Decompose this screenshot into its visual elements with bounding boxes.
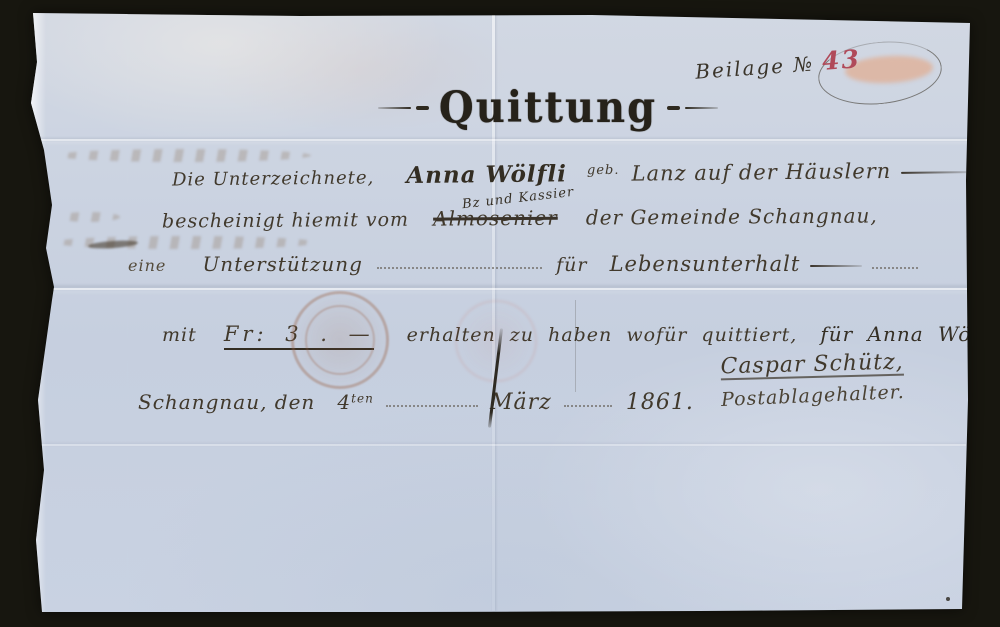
line3-item: Unterstützung <box>202 252 363 276</box>
flourish-line <box>810 265 862 268</box>
day-number: 4 <box>337 390 351 414</box>
torn-edge-highlight <box>31 12 46 615</box>
dotted-rule <box>377 263 542 269</box>
body-line-4: mit Fr: 3 . — erhalten zu haben wofür qu… <box>162 322 1000 350</box>
line4-lead: mit <box>162 324 197 346</box>
line2-lead: bescheinigt hiemit vom <box>162 209 409 233</box>
title-dash-left <box>378 106 429 110</box>
place-and-date: Schangnau, den <box>138 390 315 414</box>
line3-purpose: Lebensunterhalt <box>610 252 801 276</box>
line2-tail: der Gemeinde Schangnau, <box>586 204 878 230</box>
fold-crease-middle <box>36 288 970 290</box>
fold-crease-top <box>34 139 968 141</box>
receipt-paper-wrap: Beilage №43 Quittung Die Unterzeichnete,… <box>0 0 1000 627</box>
title-dash-right <box>667 106 718 110</box>
bleed-mark-row-2 <box>58 212 120 222</box>
dark-fleck <box>946 597 950 601</box>
line1-intro: Die Unterzeichnete, <box>172 167 374 190</box>
postal-stamp <box>291 291 389 389</box>
line1-geb: geb. <box>587 163 620 178</box>
dotted-rule <box>872 263 918 269</box>
month-name: März <box>490 390 552 415</box>
body-line-3: eine Unterstützung für Lebensunterhalt <box>128 252 918 276</box>
day-suffix: ten <box>351 392 374 406</box>
dotted-rule <box>386 401 478 407</box>
beilage-label: Beilage № <box>694 52 815 84</box>
dotted-rule <box>981 169 1000 175</box>
photo-background: Beilage №43 Quittung Die Unterzeichnete,… <box>0 0 1000 627</box>
signature-block: Caspar Schütz, Postablagehalter. <box>699 349 925 410</box>
title-row: Quittung <box>378 88 718 128</box>
flourish-line <box>901 171 971 174</box>
line1-origin: Lanz auf der Häuslern <box>631 159 891 186</box>
year: 1861. <box>626 390 694 415</box>
beilage-number: 43 <box>821 44 862 76</box>
document-title: Quittung <box>439 86 657 129</box>
line3-mid: für <box>556 254 587 276</box>
line4-tail: für Anna Wölfli <box>820 322 1000 346</box>
bleed-mark-row-1 <box>56 149 311 162</box>
fold-crease-bottom <box>40 444 966 446</box>
signature-role: Postablagehalter. <box>700 380 926 412</box>
recipient-name: Anna Wölfli <box>406 160 567 189</box>
struck-word: Almosenier <box>433 206 558 231</box>
body-line-1: Die Unterzeichnete, Anna Wölfli geb. Lan… <box>172 156 1000 192</box>
signature-name: Caspar Schütz, <box>720 350 904 380</box>
line3-lead: eine <box>128 256 166 275</box>
date-line: Schangnau, den 4ten März 1861. <box>138 390 694 415</box>
body-line-2: Bz und Kassier bescheinigt hiemit vom Al… <box>162 204 878 233</box>
receipt-paper: Beilage №43 Quittung Die Unterzeichnete,… <box>0 0 1000 627</box>
dotted-rule <box>564 401 612 407</box>
